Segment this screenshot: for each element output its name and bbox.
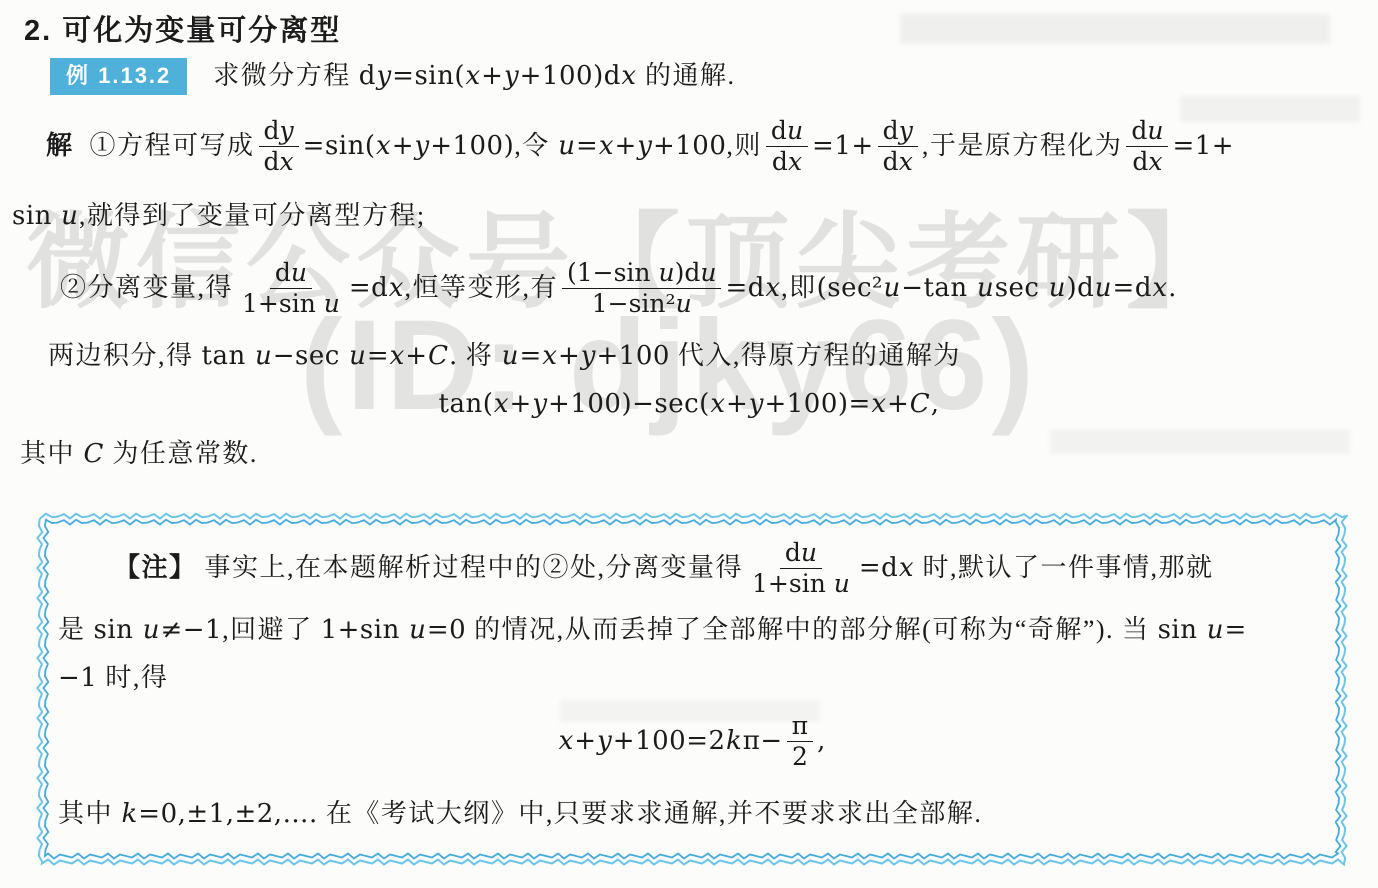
text-run: 代入,得原方程的通解为 [670, 340, 961, 373]
text-run: 时,默认了一件事情,那就 [914, 552, 1213, 585]
text-run: 为任意常数. [104, 438, 258, 471]
text-run: ,回避了 [222, 614, 321, 647]
text-run: 将 [458, 340, 502, 373]
text-run: 其中 [58, 798, 121, 831]
text-run: 在《考试大纲》中,只要求求通解,并不要求求出全部解. [318, 798, 983, 831]
fraction: dydx [878, 117, 918, 175]
fraction: dydx [259, 117, 299, 175]
solution-line-6: 其中 C 为任意常数. [20, 438, 258, 471]
math-run: dy=sin(x+y+100)dx [359, 61, 637, 91]
math-run: −1 [58, 662, 97, 695]
fraction: du1+sin u [237, 259, 345, 317]
math-run: =1+ [812, 130, 874, 163]
note-line-3: −1 时,得 [58, 662, 168, 695]
text-run: 求微分方程 [213, 61, 359, 90]
text-run: 两边积分,得 [48, 340, 202, 373]
math-run: sin u= [1158, 614, 1247, 647]
bleed-artifact [900, 14, 1330, 44]
note-display-formula: x+y+100=2kπ−π2, [36, 708, 1348, 774]
math-run: =sin(x+y+100) [303, 130, 515, 163]
math-run: =dx [349, 272, 405, 305]
fraction: du1+sin u [747, 539, 855, 597]
fraction: π2 [787, 712, 813, 770]
text-run: ,于是原方程化为 [922, 130, 1123, 163]
math-run: tan u−sec u=x+C. [202, 340, 458, 373]
math-run: , [817, 725, 826, 758]
math-run: =1+ [1172, 130, 1234, 163]
math-run: sin u [12, 200, 79, 233]
text-run: 的通解. [637, 61, 736, 90]
text-run: 其中 [20, 438, 83, 471]
solution-line-4: 两边积分,得 tan u−sec u=x+C. 将 u=x+y+100 代入,得… [48, 340, 961, 373]
math-run: C [83, 438, 104, 471]
text-run: 解 [46, 130, 74, 163]
text-run: ,恒等变形,有 [404, 272, 558, 305]
text-run: 时,得 [97, 662, 168, 695]
solution-line-1: 解 ①方程可写成dydx=sin(x+y+100),令 u=x+y+100,则d… [46, 110, 1234, 182]
text-run: ,令 [514, 130, 558, 163]
math-run: 1+sin u=0 [321, 614, 467, 647]
text-run: ①方程可写成 [74, 130, 255, 163]
textbook-page: 微信公众号【顶尖考研】 (ID: djky66) 2. 可化为变量可分离型 例 … [0, 0, 1378, 888]
math-run: (sec²u−tan usec u)du=dx. [817, 272, 1177, 305]
solution-display-formula: tan(x+y+100)−sec(x+y+100)=x+C, [0, 388, 1378, 421]
math-run: tan(x+y+100)−sec(x+y+100)=x+C, [439, 388, 940, 421]
fraction: dudx [1126, 117, 1168, 175]
note-line-5: 其中 k=0,±1,±2,…. 在《考试大纲》中,只要求求通解,并不要求求出全部… [58, 798, 982, 831]
fraction: (1−sin u)du1−sin²u [562, 259, 721, 317]
solution-line-3: ②分离变量,得du1+sin u=dx,恒等变形,有(1−sin u)du1−s… [60, 248, 1177, 328]
bleed-artifact [1050, 430, 1350, 454]
math-run: sin u≠−1 [94, 614, 223, 647]
text-run: 是 [58, 614, 94, 647]
text-run: ②分离变量,得 [60, 272, 233, 305]
math-run: =dx [859, 552, 915, 585]
note-box: 【注】 事实上,在本题解析过程中的②处,分离变量得du1+sin u=dx 时,… [36, 512, 1348, 866]
note-line-1: 【注】 事实上,在本题解析过程中的②处,分离变量得du1+sin u=dx 时,… [114, 536, 1214, 600]
text-run: ,就得到了变量可分离型方程; [79, 200, 426, 233]
text-run: 【注】 [114, 552, 197, 585]
math-run: x+y+100=2kπ− [558, 725, 783, 758]
math-run: u=x+y+100 [501, 340, 670, 373]
note-line-2: 是 sin u≠−1,回避了 1+sin u=0 的情况,从而丢掉了全部解中的部… [58, 614, 1247, 647]
math-run: k=0,±1,±2,…. [121, 798, 318, 831]
solution-line-2: sin u,就得到了变量可分离型方程; [12, 200, 426, 233]
text-run: ,则 [726, 130, 762, 163]
example-badge: 例 1.13.2 [50, 58, 187, 95]
section-heading: 2. 可化为变量可分离型 [24, 8, 341, 49]
text-run: 事实上,在本题解析过程中的②处,分离变量得 [197, 552, 744, 585]
example-statement: 求微分方程 dy=sin(x+y+100)dx 的通解. [213, 60, 735, 93]
math-run: u=x+y+100 [558, 130, 727, 163]
example-line: 例 1.13.2 求微分方程 dy=sin(x+y+100)dx 的通解. [50, 58, 736, 95]
math-run: =dx [725, 272, 781, 305]
text-run: ,即 [781, 272, 817, 305]
fraction: dudx [766, 117, 808, 175]
text-run: 的情况,从而丢掉了全部解中的部分解(可称为“奇解”). 当 [466, 614, 1157, 647]
